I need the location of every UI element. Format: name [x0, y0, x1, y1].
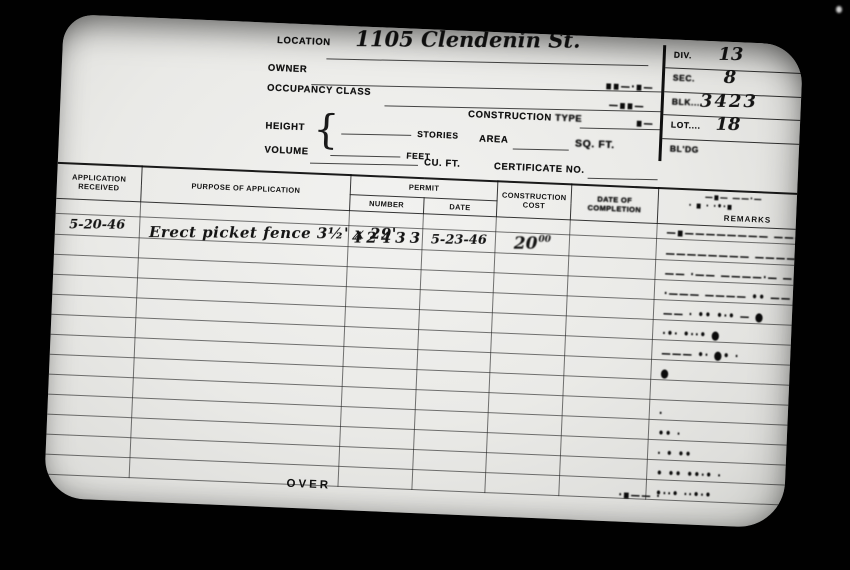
cell-cost	[485, 472, 560, 495]
stories-label: STORIES	[417, 129, 459, 141]
number-value: 42433	[352, 228, 424, 247]
area-unit-label: SQ. FT.	[575, 138, 615, 152]
bldg-label: BL'DG	[670, 143, 700, 154]
cost-value: 2000	[514, 233, 551, 253]
construction-cost-header: CONSTRUCTION COST	[496, 181, 571, 219]
height-label: HEIGHT	[265, 121, 305, 134]
remarks-smudge: · • ••	[657, 446, 693, 461]
construction-word: CONSTRUCTION	[468, 109, 552, 123]
over-label: OVER	[286, 478, 331, 492]
sec-value: 8	[665, 67, 795, 89]
film-speck	[836, 6, 842, 13]
cost-cents: 00	[538, 235, 551, 245]
cell-number	[338, 466, 412, 489]
remarks-smudge: ●	[660, 366, 670, 380]
building-permit-card: LOCATION 1105 Clendenin St. OWNER ▪▪—·▪—…	[44, 14, 804, 529]
type-word: TYPE	[555, 113, 583, 125]
microfilm-photo: LOCATION 1105 Clendenin St. OWNER ▪▪—·▪—…	[0, 0, 850, 570]
owner-line-smudge: ▪▪—·▪—	[605, 79, 654, 95]
cell-number: 42433	[348, 225, 422, 249]
owner-label: OWNER	[268, 63, 308, 76]
certificate-label: CERTIFICATE NO.	[494, 161, 585, 176]
remarks-smudge: ——— •· ●• ·	[661, 346, 740, 363]
div-value: 13	[666, 44, 796, 66]
cell-date: 5-23-46	[421, 228, 495, 252]
completion-header: DATE OF COMPLETION	[570, 184, 658, 223]
remarks-smudge: • •• ••·• ·	[656, 466, 722, 482]
permit-table: APPLICATION RECEIVED PURPOSE OF APPLICAT…	[45, 162, 804, 507]
height-brace: {	[312, 107, 339, 154]
parcel-box: DIV. 13 SEC. 8 BLK... 3423 LOT.... 18 BL…	[658, 45, 803, 167]
remarks-smudge: ·•· •··• ●	[662, 326, 721, 342]
location-label: LOCATION	[277, 35, 331, 48]
blk-value: 3423	[664, 90, 794, 112]
location-rule	[326, 57, 648, 66]
permit-table-body: —▪———————— ——— •— ·5-20-46Erect picket f…	[45, 198, 804, 506]
lot-value: 18	[663, 114, 793, 136]
feet-rule	[330, 154, 400, 157]
area-rule	[513, 147, 569, 150]
construction-type-label: CONSTRUCTION TYPE	[468, 109, 583, 125]
remarks-smudge: ·	[659, 406, 664, 420]
construction-line-smudge: ▪—	[636, 117, 655, 131]
volume-label: VOLUME	[264, 145, 309, 158]
volume-unit-label: CU. FT.	[424, 157, 461, 170]
location-value: 1105 Clendenin St.	[355, 26, 580, 53]
remarks-smudge: •• ·	[658, 426, 682, 441]
date-value: 5-23-46	[431, 233, 487, 248]
parcel-row-bldg: BL'DG	[661, 139, 802, 167]
below-table-smudge: ·▪—— ·	[618, 488, 661, 504]
cell-date	[411, 469, 485, 492]
remarks-header-smudge-2: · ▪ · ·•·▪	[688, 199, 733, 212]
cell-received	[45, 454, 130, 478]
certificate-rule	[588, 177, 658, 180]
stories-rule	[341, 132, 411, 135]
volume-rule	[310, 162, 418, 166]
remarks-smudge: •··• ··•·•	[655, 486, 712, 502]
application-received-header: APPLICATION RECEIVED	[56, 163, 142, 202]
area-label: AREA	[479, 133, 509, 145]
occupancy-line-smudge: —▪▪—	[608, 99, 645, 114]
received-value: 5-20-46	[69, 217, 125, 232]
